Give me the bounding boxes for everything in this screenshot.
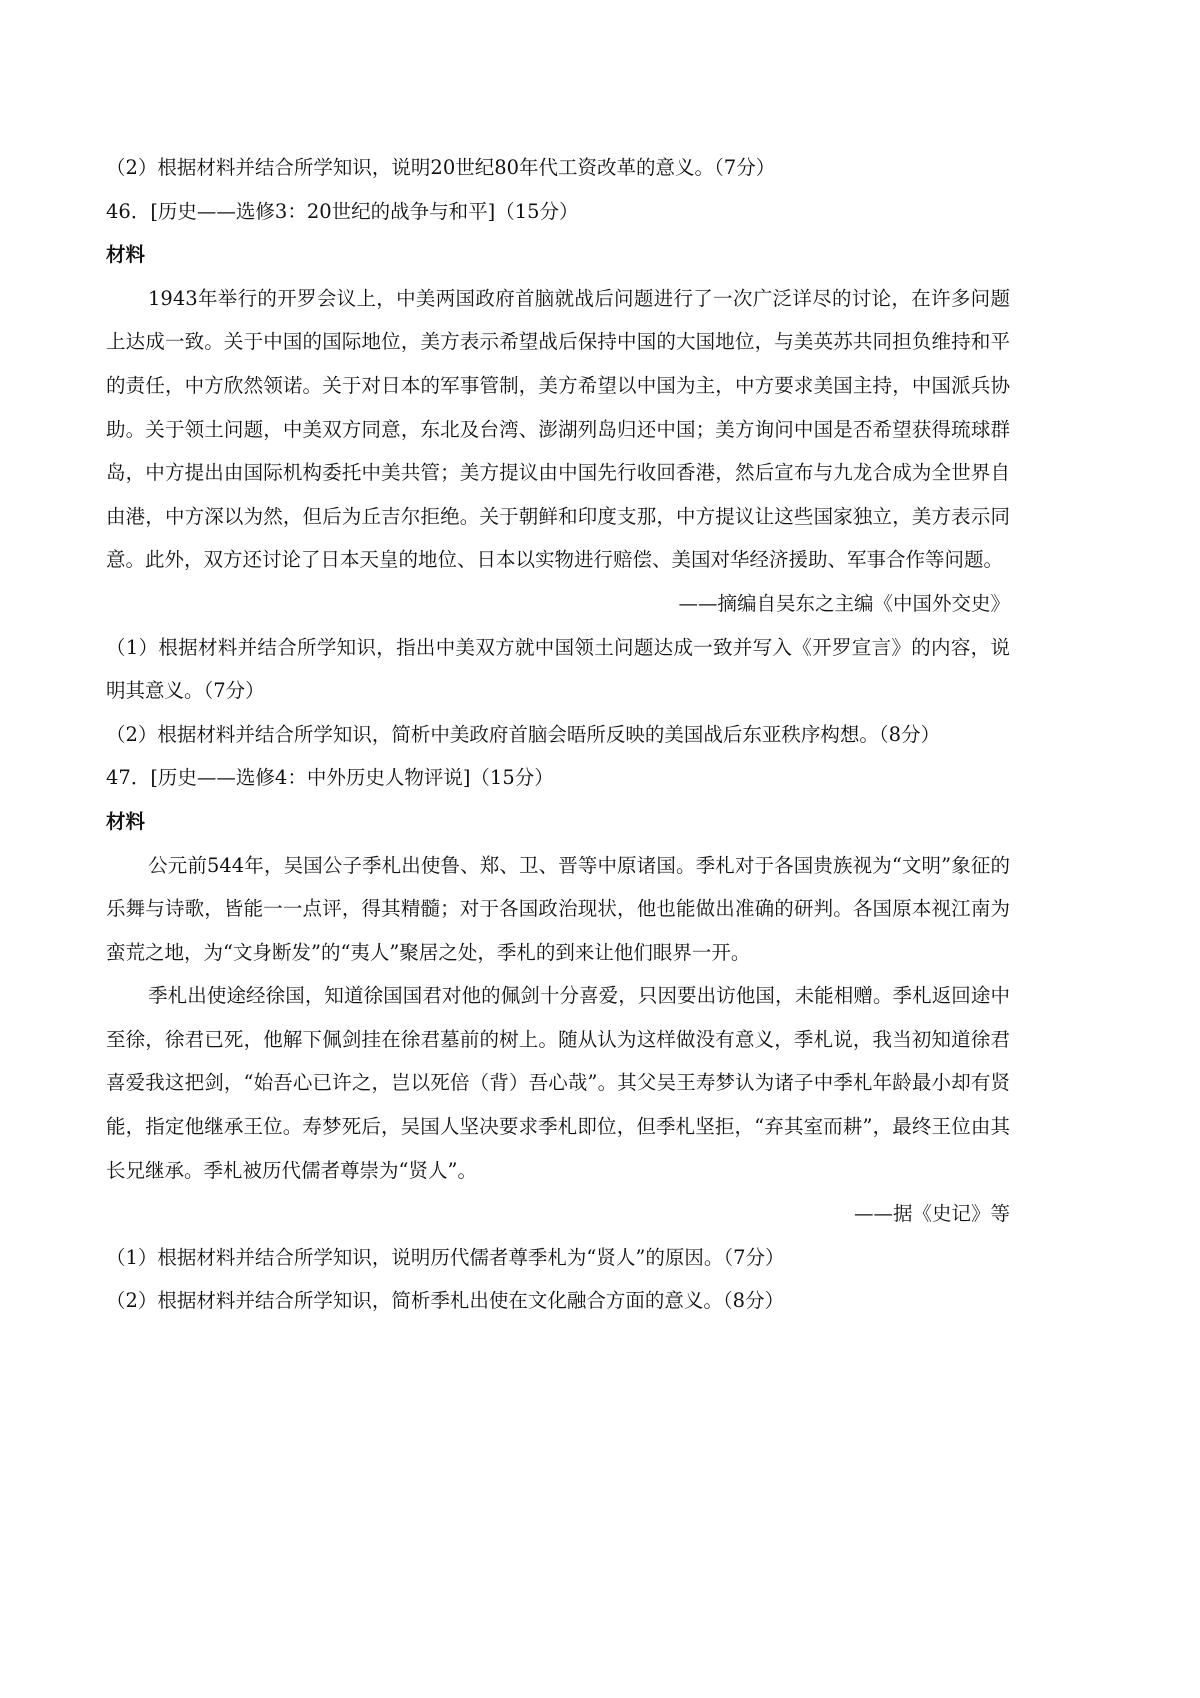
q46-sub2: （2）根据材料并结合所学知识，简析中美政府首脑会晤所反映的美国战后东亚秩序构想。… bbox=[106, 713, 1010, 757]
question-46: 46．[历史——选修3：20世纪的战争与和平]（15分） 材料 1943年举行的… bbox=[106, 190, 1010, 757]
q47-sub2: （2）根据材料并结合所学知识，简析季札出使在文化融合方面的意义。（8分） bbox=[106, 1279, 1010, 1323]
q46-material-paragraph: 1943年举行的开罗会议上，中美两国政府首脑就战后问题进行了一次广泛详尽的讨论，… bbox=[106, 277, 1010, 582]
question-47: 47．[历史——选修4：中外历史人物评说]（15分） 材料 公元前544年，吴国… bbox=[106, 756, 1010, 1323]
q47-header: 47．[历史——选修4：中外历史人物评说]（15分） bbox=[106, 756, 1010, 800]
q46-sub1: （1）根据材料并结合所学知识，指出中美双方就中国领土问题达成一致并写入《开罗宣言… bbox=[106, 626, 1010, 713]
q47-material-label: 材料 bbox=[106, 800, 1010, 844]
q46-material-label: 材料 bbox=[106, 233, 1010, 277]
q46-header: 46．[历史——选修3：20世纪的战争与和平]（15分） bbox=[106, 190, 1010, 234]
q47-material-paragraph-1: 公元前544年，吴国公子季札出使鲁、郑、卫、晋等中原诸国。季札对于各国贵族视为“… bbox=[106, 844, 1010, 975]
q46-source: ——摘编自吴东之主编《中国外交史》 bbox=[106, 582, 1010, 626]
q47-sub1: （1）根据材料并结合所学知识，说明历代儒者尊季札为“贤人”的原因。（7分） bbox=[106, 1236, 1010, 1280]
exam-page: （2）根据材料并结合所学知识，说明20世纪80年代工资改革的意义。（7分） 46… bbox=[106, 146, 1010, 1323]
q47-source: ——据《史记》等 bbox=[106, 1192, 1010, 1236]
q47-material-paragraph-2: 季札出使途经徐国，知道徐国国君对他的佩剑十分喜爱，只因要出访他国，未能相赠。季札… bbox=[106, 974, 1010, 1192]
q45-sub2: （2）根据材料并结合所学知识，说明20世纪80年代工资改革的意义。（7分） bbox=[106, 146, 1010, 190]
